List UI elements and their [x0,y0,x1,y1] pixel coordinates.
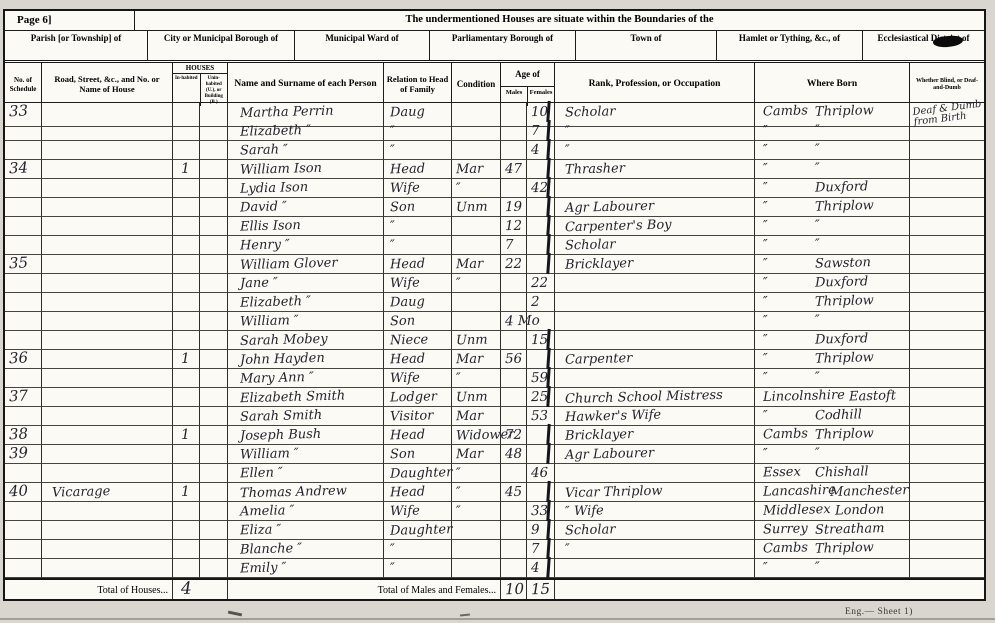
col-header-road: Road, Street, &c., and No. or Name of Ho… [42,63,173,106]
uninhabited-entry [200,559,228,578]
relation-entry: Wife [384,179,452,198]
occupation-entry [555,312,755,331]
age-male-entry [501,464,527,483]
born-place: Duxford [811,330,869,349]
uninhabited-entry [200,502,228,521]
occupation-entry: Hawker's Wife [555,407,755,426]
condition-entry: ″ [452,483,501,502]
schedule-entry [5,141,42,160]
relation-entry: Visitor [384,407,452,426]
remarks-entry [910,426,984,445]
relation-entry: Son [384,445,452,464]
born-entry: ″″ [755,122,910,141]
inhabited-entry: 1 [173,426,200,445]
born-county: ″ [755,178,811,197]
remarks-entry [910,350,984,369]
col-header-condition: Condition [452,63,501,106]
age-female-entry: 25 [527,388,555,407]
occupation-entry: Bricklayer [555,255,755,274]
inhabited-entry [173,464,200,483]
remarks-entry [910,293,984,312]
ink-blot [933,35,964,48]
born-county: ″ [755,254,811,273]
name-entry: William ″ [228,445,384,464]
born-county: ″ [755,406,811,425]
occupation-entry [555,293,755,312]
occupation-entry: Carpenter [555,350,755,369]
condition-entry [452,236,501,255]
uninhabited-entry [200,236,228,255]
born-county: ″ [755,349,811,368]
inhabited-entry [173,521,200,540]
schedule-entry [5,312,42,331]
born-county: Lincolnshire [755,387,845,407]
relation-entry: Head [384,483,452,502]
totals-blank [555,580,984,599]
record-row: Henry ″″7Scholar″″ [5,236,984,255]
remarks-entry [910,540,984,559]
age-male-entry: 56 [501,350,527,369]
name-entry: Henry ″ [228,236,384,255]
born-place: Duxford [811,273,869,292]
born-place: ″ [811,160,820,178]
relation-entry: Daughter [384,521,452,540]
remarks-entry [910,464,984,483]
record-row: Amelia ″Wife″33″ WifeMiddlesexLondon [5,502,984,521]
name-entry: Lydia Ison [228,179,384,198]
record-row: 35William GloverHeadMar22Bricklayer″Saws… [5,255,984,274]
record-row: Emily ″″4″″ [5,559,984,578]
born-county: ″ [755,159,811,178]
record-row: William ″Son4 Mo″″ [5,312,984,331]
remarks-entry [910,141,984,160]
col-header-schedule: No. of Schedule [5,63,42,106]
road-entry [42,312,173,331]
record-row: 361John HaydenHeadMar56Carpenter″Thriplo… [5,350,984,369]
age-male-entry: 45 [501,483,527,502]
born-entry: SurreyStreatham [755,521,910,540]
road-entry [42,445,173,464]
record-row: Elizabeth ″Daug2″Thriplow [5,293,984,312]
born-place: Codhill [811,406,862,425]
born-entry: ″Duxford [755,274,910,293]
born-place: Thriplow [811,539,874,559]
remarks-entry [910,331,984,350]
uninhabited-entry [200,312,228,331]
born-county: Lancashire [755,482,827,502]
condition-entry: Unm [452,388,501,407]
born-entry: CambsThriplow [755,426,910,445]
inhabited-entry [173,388,200,407]
uninhabited-entry [200,141,228,160]
record-row: Mary Ann ″Wife″59″″ [5,369,984,388]
name-entry: Sarah Mobey [228,331,384,350]
road-entry [42,274,173,293]
remarks-entry [910,388,984,407]
condition-entry: Mar [452,255,501,274]
age-male-entry [501,521,527,540]
inhabited-entry [173,274,200,293]
uninhabited-entry [200,255,228,274]
condition-entry: ″ [452,502,501,521]
condition-entry: Widower [452,426,501,445]
road-entry [42,559,173,578]
born-county: ″ [755,444,811,463]
remarks-entry [910,369,984,388]
road-entry [42,160,173,179]
inhabited-entry [173,502,200,521]
inhabited-entry [173,407,200,426]
col-header-relation: Relation to Head of Family [384,63,452,106]
relation-entry: ″ [384,559,452,578]
occupation-entry: ″ [555,122,755,141]
relation-entry: Head [384,426,452,445]
condition-entry: Unm [452,331,501,350]
relation-entry: Wife [384,274,452,293]
road-entry [42,179,173,198]
remarks-entry [910,236,984,255]
born-place: ″ [811,236,820,254]
schedule-entry [5,502,42,521]
name-entry: Emily ″ [228,559,384,578]
record-row: Eliza ″Daughter9ScholarSurreyStreatham [5,521,984,540]
uninhabited-entry [200,464,228,483]
born-county: ″ [755,216,811,235]
record-row: Ellis Ison″12Carpenter's Boy″″ [5,217,984,236]
remarks-entry [910,483,984,502]
inhabited-entry [173,122,200,141]
inhabited-entry [173,217,200,236]
age-male-entry [501,179,527,198]
born-county: Essex [755,463,811,482]
born-entry: ″″ [755,236,910,255]
name-entry: Ellis Ison [228,217,384,236]
schedule-entry [5,179,42,198]
occupation-entry [555,179,755,198]
relation-entry: ″ [384,141,452,160]
name-entry: Sarah ″ [228,141,384,160]
born-county: ″ [755,273,811,292]
road-entry [42,350,173,369]
location-header-city-borough: City or Municipal Borough of [148,31,295,60]
remarks-entry [910,160,984,179]
record-row: Blanche ″″7″CambsThriplow [5,540,984,559]
remarks-entry [910,274,984,293]
road-entry [42,464,173,483]
age-male-entry [501,388,527,407]
remarks-entry [910,198,984,217]
condition-entry [452,559,501,578]
condition-entry: ″ [452,179,501,198]
born-place: Thriplow [811,197,874,217]
age-male-entry [501,407,527,426]
record-row: Jane ″Wife″22″Duxford [5,274,984,293]
born-place: ″ [811,445,820,463]
born-entry: ″Duxford [755,179,910,198]
inhabited-entry: 1 [173,483,200,502]
name-entry: William Ison [228,160,384,179]
occupation-entry: Church School Mistress [555,388,755,407]
record-row: 39William ″SonMar48Agr Labourer″″ [5,445,984,464]
page-title: The undermentioned Houses are situate wi… [135,11,984,30]
age-male-entry: 48 [501,445,527,464]
col-header-age-group: Age of Males Females [501,63,555,106]
uninhabited-entry [200,388,228,407]
inhabited-entry [173,559,200,578]
location-header-hamlet: Hamlet or Tything, &c., of [717,31,863,60]
name-entry: Blanche ″ [228,540,384,559]
location-header-parish: Parish [or Township] of [5,31,148,60]
condition-entry [452,122,501,141]
totals-row: Total of Houses... 4 Total of Males and … [5,578,984,599]
relation-entry: Head [384,350,452,369]
name-entry: John Hayden [228,350,384,369]
location-header-municipal-ward: Municipal Ward of [295,31,430,60]
name-entry: Joseph Bush [228,426,384,445]
schedule-entry [5,540,42,559]
born-county: ″ [755,235,811,254]
record-row: Ellen ″Daughter″46EssexChishall [5,464,984,483]
occupation-entry: ″ [555,540,755,559]
total-males-females-label: Total of Males and Females... [228,580,501,599]
uninhabited-entry [200,540,228,559]
uninhabited-entry [200,274,228,293]
condition-entry: Mar [452,407,501,426]
occupation-entry: Thrasher [555,160,755,179]
total-houses-label: Total of Houses... [5,580,173,599]
inhabited-entry [173,179,200,198]
relation-entry: ″ [384,540,452,559]
road-entry [42,122,173,141]
schedule-entry [5,198,42,217]
age-male-entry: 12 [501,217,527,236]
record-row: 33Martha PerrinDaug10ScholarCambsThriplo… [5,103,984,122]
born-place: Eastoft [845,387,896,406]
remarks-entry [910,217,984,236]
ink-smudge [228,611,242,617]
uninhabited-entry [200,217,228,236]
column-header-row: No. of Schedule Road, Street, &c., and N… [5,63,984,103]
born-place: ″ [811,141,820,159]
schedule-entry [5,331,42,350]
inhabited-entry [173,293,200,312]
occupation-entry: Carpenter's Boy [555,217,755,236]
relation-entry: ″ [384,122,452,141]
born-entry: ″Thriplow [755,350,910,369]
name-entry: Thomas Andrew [228,483,384,502]
condition-entry: Mar [452,445,501,464]
col-header-occupation: Rank, Profession, or Occupation [555,63,755,106]
road-entry [42,331,173,350]
age-male-entry [501,122,527,141]
age-male-entry [501,141,527,160]
uninhabited-entry [200,122,228,141]
record-row: Sarah SmithVisitorMar53Hawker's Wife″Cod… [5,407,984,426]
uninhabited-entry [200,369,228,388]
relation-entry: Lodger [384,388,452,407]
uninhabited-entry [200,198,228,217]
uninhabited-entry [200,350,228,369]
age-female-entry [527,255,555,274]
occupation-entry [555,331,755,350]
road-entry [42,236,173,255]
born-entry: LancashireManchester [755,483,910,502]
name-entry: Sarah Smith [228,407,384,426]
schedule-entry [5,293,42,312]
born-place: Thriplow [811,349,874,369]
remarks-entry [910,502,984,521]
schedule-entry [5,407,42,426]
inhabited-entry [173,331,200,350]
born-place: Chishall [811,463,869,483]
location-header-ecclesiastical-district: Ecclesiastical District of [863,31,984,60]
born-entry: ″″ [755,369,910,388]
inhabited-entry [173,141,200,160]
sheet-corner-note: Eng.— Sheet 1) [845,607,913,617]
occupation-entry [555,274,755,293]
schedule-entry [5,559,42,578]
road-entry [42,255,173,274]
remarks-entry [910,559,984,578]
uninhabited-entry [200,331,228,350]
name-entry: William ″ [228,312,384,331]
schedule-entry: 37 [5,388,42,407]
inhabited-entry [173,445,200,464]
occupation-entry: ″ Wife [555,502,755,521]
age-male-entry [501,540,527,559]
name-entry: Ellen ″ [228,464,384,483]
relation-entry: Niece [384,331,452,350]
age-female-entry: 4 [527,559,555,578]
born-county: Cambs [755,539,811,558]
name-entry: Eliza ″ [228,521,384,540]
condition-entry [452,312,501,331]
schedule-entry [5,521,42,540]
uninhabited-entry [200,521,228,540]
road-entry [42,502,173,521]
occupation-entry: Agr Labourer [555,198,755,217]
remarks-entry [910,407,984,426]
born-county: ″ [755,140,811,159]
record-row: Lydia IsonWife″42″Duxford [5,179,984,198]
schedule-entry [5,464,42,483]
occupation-entry: Scholar [555,521,755,540]
total-houses-value: 4 [173,580,228,599]
name-entry: Elizabeth ″ [228,293,384,312]
condition-entry: ″ [452,274,501,293]
relation-entry: Wife [384,369,452,388]
born-entry: ″Thriplow [755,198,910,217]
born-county: ″ [755,197,811,216]
inhabited-entry [173,369,200,388]
remarks-entry [910,445,984,464]
condition-entry [452,521,501,540]
relation-entry: Son [384,198,452,217]
occupation-entry [555,559,755,578]
born-entry: ″Duxford [755,331,910,350]
age-male-entry: 4 Mo [501,312,527,331]
location-header-parliamentary-borough: Parliamentary Borough of [430,31,576,60]
road-entry [42,426,173,445]
title-band: Page 6] The undermentioned Houses are si… [5,11,984,31]
relation-entry: Son [384,312,452,331]
age-female-entry: 22 [527,274,555,293]
name-entry: Mary Ann ″ [228,369,384,388]
schedule-entry [5,217,42,236]
record-row: 40Vicarage1Thomas AndrewHead″45Vicar Thr… [5,483,984,502]
col-header-name: Name and Surname of each Person [228,63,384,106]
schedule-entry [5,274,42,293]
name-entry: David ″ [228,198,384,217]
road-entry [42,141,173,160]
record-row: Sarah MobeyNieceUnm15″Duxford [5,331,984,350]
born-entry: CambsThriplow [755,540,910,559]
name-entry: Elizabeth ″ [228,122,384,141]
total-females-value: 15 [527,580,555,599]
remarks-entry [910,521,984,540]
total-males-value: 10 [501,580,527,599]
age-male-entry [501,369,527,388]
remarks-entry [910,122,984,141]
road-entry [42,407,173,426]
born-county: ″ [755,368,811,387]
born-place: Streatham [811,520,885,540]
road-entry [42,217,173,236]
uninhabited-entry [200,426,228,445]
occupation-entry: Scholar [555,236,755,255]
scan-edge-line [0,618,995,620]
ink-smudge [460,613,470,616]
age-male-entry [501,331,527,350]
remarks-entry [910,255,984,274]
occupation-entry: ″ [555,141,755,160]
born-entry: ″Codhill [755,407,910,426]
location-header-town: Town of [576,31,717,60]
relation-entry: Head [384,255,452,274]
born-place: ″ [811,122,820,140]
occupation-entry [555,369,755,388]
condition-entry: Mar [452,160,501,179]
road-entry [42,540,173,559]
uninhabited-entry [200,445,228,464]
schedule-entry [5,236,42,255]
age-male-entry [501,559,527,578]
uninhabited-entry [200,179,228,198]
born-entry: ″″ [755,217,910,236]
name-entry: William Glover [228,255,384,274]
born-entry: ″″ [755,445,910,464]
inhabited-entry [173,312,200,331]
age-male-entry: 22 [501,255,527,274]
relation-entry: ″ [384,217,452,236]
born-place: Duxford [811,178,869,197]
inhabited-entry: 1 [173,350,200,369]
age-male-entry: 19 [501,198,527,217]
born-entry: LincolnshireEastoft [755,388,910,407]
uninhabited-entry [200,293,228,312]
born-place: Sawston [811,254,871,274]
location-header-row: Parish [or Township] of City or Municipa… [5,31,984,63]
col-header-inhabited: In-habited [173,74,201,106]
born-entry: ″Sawston [755,255,910,274]
born-entry: EssexChishall [755,464,910,483]
schedule-entry: 39 [5,445,42,464]
schedule-entry [5,122,42,141]
page-number: Page 6] [5,11,135,30]
inhabited-entry: 1 [173,160,200,179]
age-female-entry [527,445,555,464]
uninhabited-entry [200,407,228,426]
